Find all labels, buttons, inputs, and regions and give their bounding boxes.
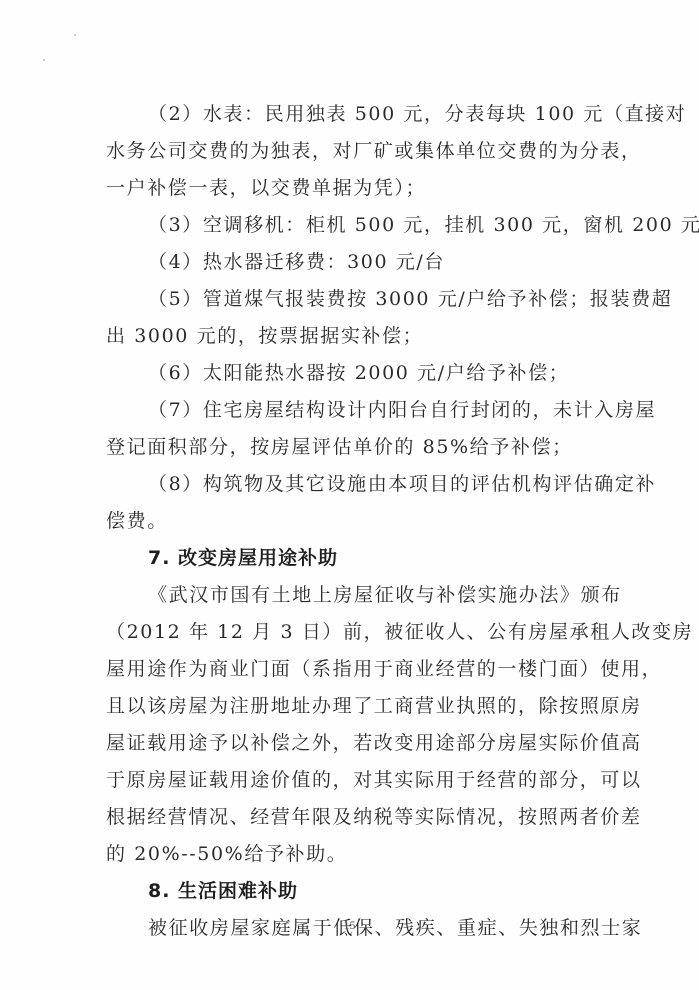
text-line: 的 20%--50%给予补助。	[106, 836, 347, 873]
text-line: （6）太阳能热水器按 2000 元/户给予补偿；	[148, 355, 569, 392]
text-line: （4）热水器迁移费：300 元/台	[148, 244, 445, 281]
text-line: 且以该房屋为注册地址办理了工商营业执照的，除按照原房	[106, 688, 592, 725]
page-number: 15	[0, 918, 699, 933]
text-line: 登记面积部分，按房屋评估单价的 85%给予补偿；	[106, 429, 573, 466]
text-line: 偿费。	[106, 503, 168, 540]
text-line: （2012 年 12 月 3 日）前，被征收人、公有房屋承租人改变房	[106, 614, 592, 651]
section-heading: 7. 改变房屋用途补助	[148, 540, 338, 577]
text-line: （3）空调移机：柜机 500 元，挂机 300 元，窗机 200 元；	[148, 207, 592, 244]
text-line: （5）管道煤气报装费按 3000 元/户给予补偿；报装费超	[148, 281, 592, 318]
text-line: （8）构筑物及其它设施由本项目的评估机构评估确定补	[148, 466, 592, 503]
text-line: （7）住宅房屋结构设计内阳台自行封闭的，未计入房屋	[148, 392, 592, 429]
scan-speck	[74, 34, 76, 36]
text-line: 于原房屋证载用途价值的，对其实际用于经营的部分，可以	[106, 762, 592, 799]
document-page: （2）水表：民用独表 500 元，分表每块 100 元（直接对 水务公司交费的为…	[0, 0, 699, 990]
section-heading: 8. 生活困难补助	[148, 873, 298, 910]
text-line: 《武汉市国有土地上房屋征收与补偿实施办法》颁布	[148, 577, 592, 614]
text-line: 屋证载用途予以补偿之外，若改变用途部分房屋实际价值高	[106, 725, 592, 762]
text-line: 根据经营情况、经营年限及纳税等实际情况，按照两者价差	[106, 799, 592, 836]
scan-speck	[43, 59, 45, 61]
text-line: 水务公司交费的为独表，对厂矿或集体单位交费的为分表，	[106, 133, 592, 170]
text-line: 屋用途作为商业门面（系指用于商业经营的一楼门面）使用，	[106, 651, 592, 688]
text-line: 一户补偿一表，以交费单据为凭）；	[106, 170, 426, 207]
text-line: （2）水表：民用独表 500 元，分表每块 100 元（直接对	[148, 96, 592, 133]
text-line: 出 3000 元的，按票据据实补偿；	[106, 318, 423, 355]
